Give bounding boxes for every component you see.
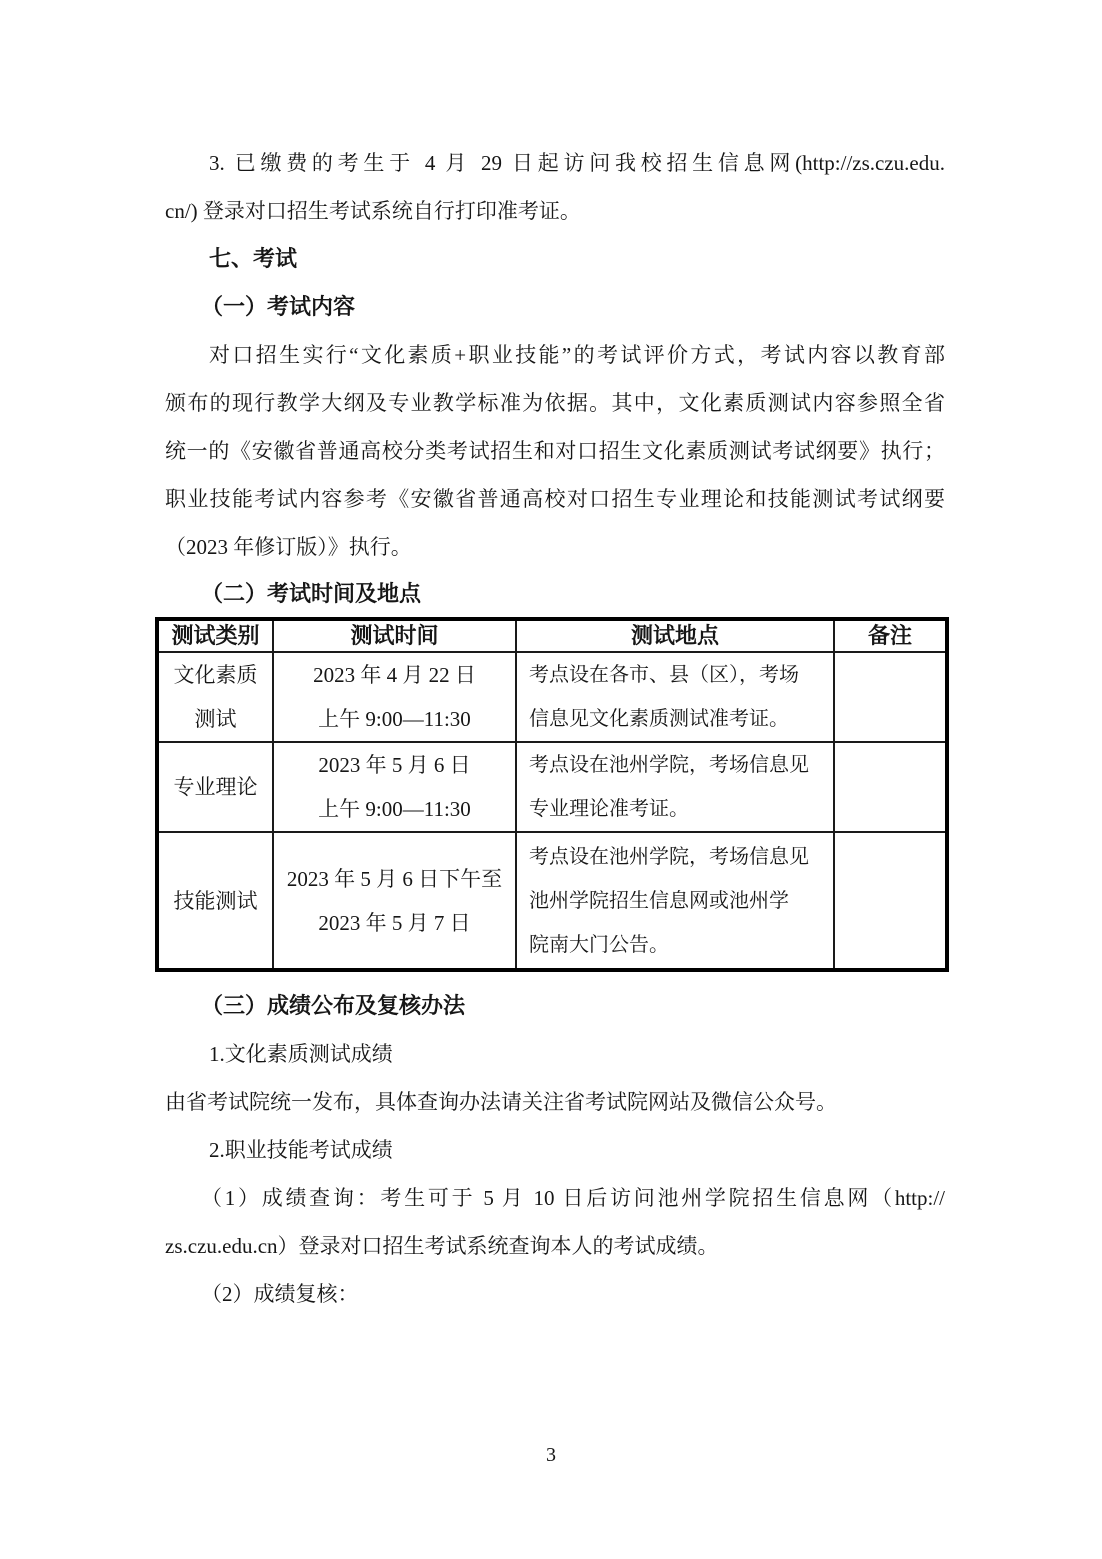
document-page: 3. 已缴费的考生于 4 月 29 日起访问我校招生信息网(http://zs.…: [0, 0, 1102, 1559]
cell-category: 专业理论: [157, 742, 273, 832]
table-header-row: 测试类别 测试时间 测试地点 备注: [157, 619, 947, 652]
para-score-item2: 2.职业技能考试成绩: [165, 1126, 945, 1174]
para-score-item1-desc: 由省考试院统一发布，具体查询办法请关注省考试院网站及微信公众号。: [165, 1078, 945, 1126]
para-exam-line2: 颁布的现行教学大纲及专业教学标准为依据。其中，文化素质测试内容参照全省: [165, 379, 945, 427]
para-print-ticket-line1: 3. 已缴费的考生于 4 月 29 日起访问我校招生信息网(http://zs.…: [165, 139, 945, 187]
cell-text-line: 考点设在池州学院，考场信息见: [529, 743, 829, 787]
para-exam-line3: 统一的《安徽省普通高校分类考试招生和对口招生文化素质测试考试纲要》执行；: [165, 427, 945, 475]
cell-time: 2023 年 5 月 6 日 上午 9:00—11:30: [273, 742, 516, 832]
cell-time: 2023 年 5 月 6 日下午至 2023 年 5 月 7 日: [273, 832, 516, 970]
cell-text-line: 技能测试: [159, 879, 272, 923]
cell-remark: [834, 742, 947, 832]
cell-text-line: 专业理论: [159, 765, 272, 809]
heading-section-seven: 七、考试: [165, 235, 945, 283]
heading-score-publish: （三）成绩公布及复核办法: [165, 982, 945, 1030]
para-exam-line5: （2023 年修订版）》执行。: [165, 523, 945, 571]
col-header-test-location: 测试地点: [516, 619, 834, 652]
cell-category: 文化素质 测试: [157, 652, 273, 742]
cell-text-line: 考点设在池州学院，考场信息见: [529, 835, 829, 879]
cell-text-line: 院南大门公告。: [529, 923, 829, 967]
table-row-culture-test: 文化素质 测试 2023 年 4 月 22 日 上午 9:00—11:30 考点…: [157, 652, 947, 742]
cell-location: 考点设在池州学院，考场信息见 池州学院招生信息网或池州学 院南大门公告。: [516, 832, 834, 970]
table-row-major-theory: 专业理论 2023 年 5 月 6 日 上午 9:00—11:30 考点设在池州…: [157, 742, 947, 832]
para-exam-line1: 对口招生实行“文化素质+职业技能”的考试评价方式，考试内容以教育部: [165, 331, 945, 379]
cell-location: 考点设在池州学院，考场信息见 专业理论准考证。: [516, 742, 834, 832]
cell-text-line: 专业理论准考证。: [529, 787, 829, 831]
cell-text-line: 2023 年 4 月 22 日: [274, 653, 515, 697]
cell-text-line: 2023 年 5 月 7 日: [274, 901, 515, 945]
cell-text-line: 2023 年 5 月 6 日: [274, 743, 515, 787]
cell-text-line: 池州学院招生信息网或池州学: [529, 879, 829, 923]
cell-time: 2023 年 4 月 22 日 上午 9:00—11:30: [273, 652, 516, 742]
col-header-test-time: 测试时间: [273, 619, 516, 652]
table-row-skill-test: 技能测试 2023 年 5 月 6 日下午至 2023 年 5 月 7 日 考点…: [157, 832, 947, 970]
para-exam-line4: 职业技能考试内容参考《安徽省普通高校对口招生专业理论和技能测试考试纲要: [165, 475, 945, 523]
cell-text-line: 测试: [159, 697, 272, 741]
cell-location: 考点设在各市、县（区），考场 信息见文化素质测试准考证。: [516, 652, 834, 742]
para-score-item1: 1.文化素质测试成绩: [165, 1030, 945, 1078]
cell-text-line: 上午 9:00—11:30: [274, 787, 515, 831]
page-number: 3: [0, 1440, 1102, 1470]
para-score-query-line1: （1）成绩查询：考生可于 5 月 10 日后访问池州学院招生信息网（http:/…: [165, 1174, 945, 1222]
cell-text-line: 文化素质: [159, 653, 272, 697]
para-score-review: （2）成绩复核：: [165, 1270, 945, 1318]
cell-remark: [834, 652, 947, 742]
col-header-test-category: 测试类别: [157, 619, 273, 652]
cell-category: 技能测试: [157, 832, 273, 970]
cell-text-line: 考点设在各市、县（区），考场: [529, 653, 829, 697]
cell-text-line: 信息见文化素质测试准考证。: [529, 697, 829, 741]
para-print-ticket-line2: cn/) 登录对口招生考试系统自行打印准考证。: [165, 187, 945, 235]
document-body: 3. 已缴费的考生于 4 月 29 日起访问我校招生信息网(http://zs.…: [165, 139, 945, 1318]
exam-schedule-table: 测试类别 测试时间 测试地点 备注 文化素质 测试 2023 年 4 月 22 …: [155, 617, 949, 972]
para-score-query-line2: zs.czu.edu.cn）登录对口招生考试系统查询本人的考试成绩。: [165, 1222, 945, 1270]
cell-remark: [834, 832, 947, 970]
col-header-remark: 备注: [834, 619, 947, 652]
heading-exam-time-location: （二）考试时间及地点: [165, 571, 945, 617]
heading-exam-content: （一）考试内容: [165, 283, 945, 331]
cell-text-line: 2023 年 5 月 6 日下午至: [274, 857, 515, 901]
cell-text-line: 上午 9:00—11:30: [274, 697, 515, 741]
